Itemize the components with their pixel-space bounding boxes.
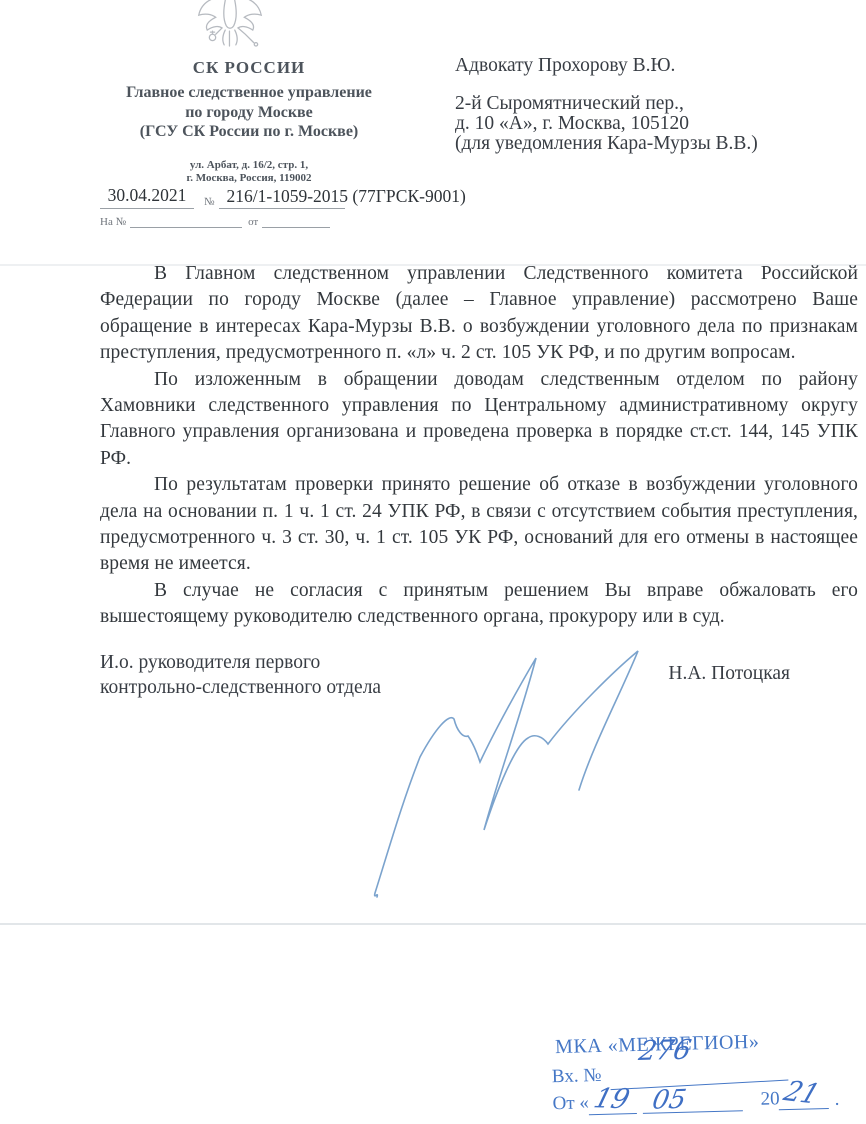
body-paragraph-4: В случае не согласия с принятым решением… <box>100 578 858 631</box>
org-name-short: СК РОССИИ <box>58 58 440 78</box>
recipient-note: (для уведомления Кара-Мурзы В.В.) <box>455 134 855 154</box>
stamp-incoming-label: Вх. № <box>552 1065 602 1088</box>
incoming-reference-row: На № от <box>100 213 335 228</box>
org-name-line-2: по городу Москве <box>58 103 440 123</box>
letter-date: 30.04.2021 <box>100 185 194 209</box>
letterhead: СК РОССИИ Главное следственное управлени… <box>58 58 440 186</box>
letter-body: В Главном следственном управлении Следст… <box>100 261 858 631</box>
signatory-name: Н.А. Потоцкая <box>668 663 790 700</box>
doc-number: 216/1-1059-2015 (77ГРСК-9001) <box>227 186 466 207</box>
stamp-incoming-number-handwritten: 276 <box>636 1034 693 1067</box>
ref-date-blank <box>262 214 330 228</box>
scanned-letter-page: СК РОССИИ Главное следственное управлени… <box>0 0 866 1124</box>
signatory-title-line-1: И.о. руководителя первого <box>100 650 381 675</box>
recipient-block: Адвокату Прохорову В.Ю. 2-й Сыромятничес… <box>455 56 855 154</box>
stamp-date-label: От « <box>552 1092 589 1115</box>
incoming-stamp: МКА «МЕЖРЕГИОН» Вх. № 276 От « 19 05 20 … <box>547 1028 866 1124</box>
recipient-name: Адвокату Прохорову В.Ю. <box>455 56 855 76</box>
recipient-address-line-2: д. 10 «А», г. Москва, 105120 <box>455 114 855 134</box>
scan-artifact-line <box>0 923 866 925</box>
recipient-address-line-1: 2-й Сыромятнический пер., <box>455 94 855 114</box>
body-paragraph-3: По результатам проверки принято решение … <box>100 472 858 578</box>
coat-of-arms-icon <box>190 0 270 50</box>
outgoing-reference-row: 30.04.2021 № 216/1-1059-2015 (77ГРСК-900… <box>100 184 445 209</box>
stamp-month-handwritten: 05 <box>650 1085 689 1116</box>
ref-from-label: от <box>248 216 258 228</box>
signature-scribble <box>355 645 655 910</box>
org-address-line-1: ул. Арбат, д. 16/2, стр. 1, <box>58 159 440 173</box>
stamp-period: . <box>834 1089 839 1111</box>
org-name-line-1: Главное следственное управление <box>58 83 440 103</box>
signatory-title-line-2: контрольно-следственного отдела <box>100 675 381 700</box>
body-paragraph-2: По изложенным в обращении доводам следст… <box>100 367 858 473</box>
number-sign: № <box>204 196 215 208</box>
org-name-line-3: (ГСУ СК России по г. Москве) <box>58 122 440 142</box>
stamp-year-prefix: 20 <box>760 1088 780 1110</box>
doc-number-field: 216/1-1059-2015 (77ГРСК-9001) <box>219 184 345 209</box>
body-paragraph-1: В Главном следственном управлении Следст… <box>100 261 858 367</box>
ref-label: На № <box>100 216 126 228</box>
ref-number-blank <box>130 214 242 228</box>
